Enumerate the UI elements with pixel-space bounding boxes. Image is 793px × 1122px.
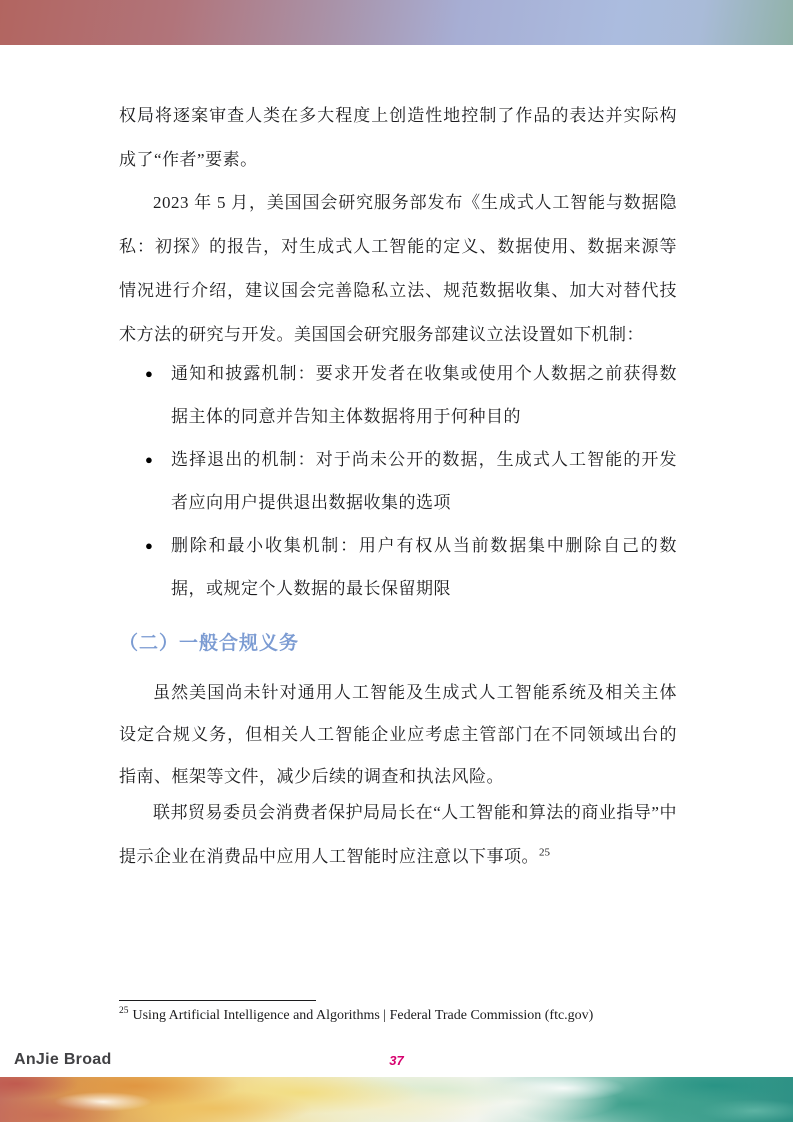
bullet-icon: ● [145, 524, 153, 567]
list-item: ● 删除和最小收集机制：用户有权从当前数据集中删除自己的数据，或规定个人数据的最… [119, 524, 677, 610]
list-item-text: 删除和最小收集机制：用户有权从当前数据集中删除自己的数据，或规定个人数据的最长保… [171, 536, 677, 598]
bullet-list: ● 通知和披露机制：要求开发者在收集或使用个人数据之前获得数据主体的同意并告知主… [119, 352, 677, 610]
paragraph-ftc-guidance: 联邦贸易委员会消费者保护局局长在“人工智能和算法的商业指导”中提示企业在消费品中… [119, 791, 677, 879]
header-gradient-bar [0, 0, 793, 45]
footnote-ref: 25 [539, 846, 550, 858]
page-number: 37 [0, 1053, 793, 1068]
footnote-marker: 25 [119, 1006, 129, 1016]
footnote-text: Using Artificial Intelligence and Algori… [133, 1008, 594, 1023]
paragraph-authorship: 权局将逐案审查人类在多大程度上创造性地控制了作品的表达并实际构成了“作者”要素。 [119, 94, 677, 182]
document-page: 权局将逐案审查人类在多大程度上创造性地控制了作品的表达并实际构成了“作者”要素。… [0, 0, 793, 1122]
paragraph-compliance-obligations: 虽然美国尚未针对通用人工智能及生成式人工智能系统及相关主体设定合规义务，但相关人… [119, 672, 677, 798]
paragraph-crs-report: 2023 年 5 月，美国国会研究服务部发布《生成式人工智能与数据隐私：初探》的… [119, 181, 677, 357]
footer-artwork [0, 1077, 793, 1122]
bullet-icon: ● [145, 352, 153, 395]
footnote-separator [119, 1000, 316, 1001]
section-heading-general-compliance: （二）一般合规义务 [119, 628, 677, 655]
list-item-text: 选择退出的机制：对于尚未公开的数据，生成式人工智能的开发者应向用户提供退出数据收… [171, 450, 677, 512]
list-item-text: 通知和披露机制：要求开发者在收集或使用个人数据之前获得数据主体的同意并告知主体数… [171, 364, 677, 426]
paragraph-text: 联邦贸易委员会消费者保护局局长在“人工智能和算法的商业指导”中提示企业在消费品中… [119, 803, 677, 866]
footnote: 25Using Artificial Intelligence and Algo… [119, 1008, 677, 1024]
list-item: ● 通知和披露机制：要求开发者在收集或使用个人数据之前获得数据主体的同意并告知主… [119, 352, 677, 438]
list-item: ● 选择退出的机制：对于尚未公开的数据，生成式人工智能的开发者应向用户提供退出数… [119, 438, 677, 524]
bullet-icon: ● [145, 438, 153, 481]
